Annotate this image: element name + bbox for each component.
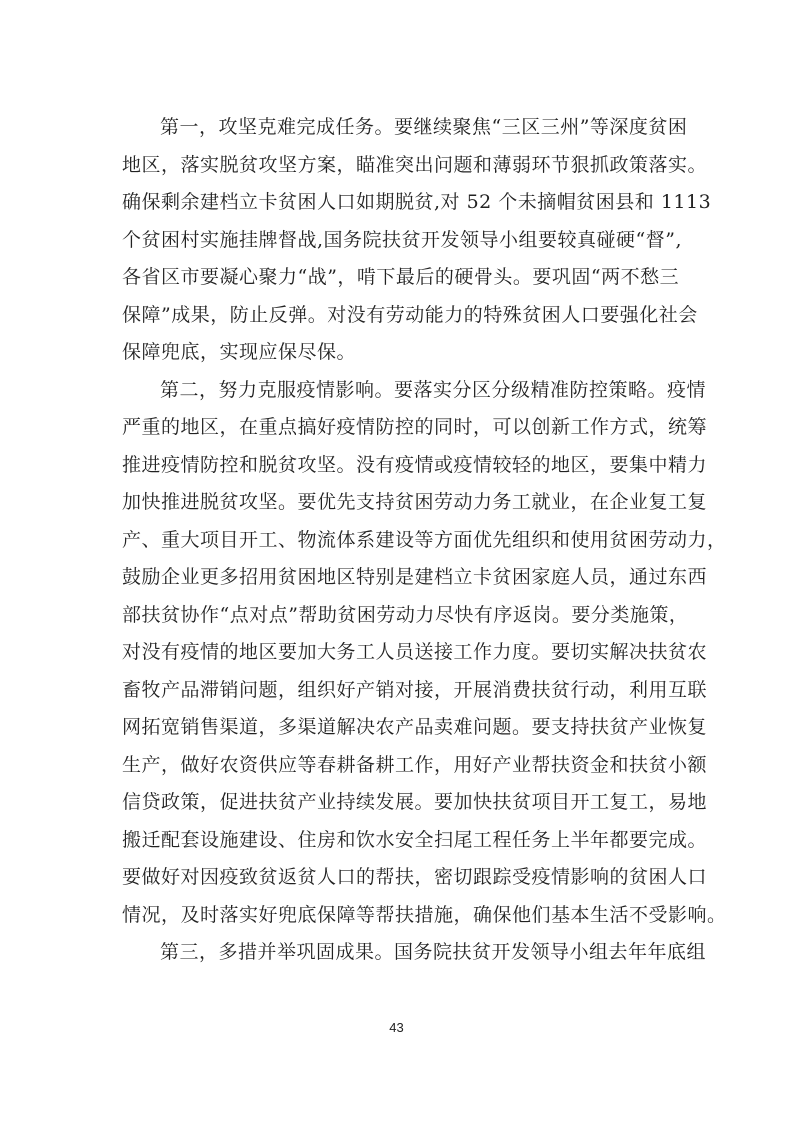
text-line: 保障兜底，实现应保尽保。 — [122, 337, 673, 367]
text-line: 第一，攻坚克难完成任务。要继续聚焦“三区三州”等深度贫困 — [160, 112, 673, 142]
text-line: 加快推进脱贫攻坚。要优先支持贫困劳动力务工就业，在企业复工复 — [122, 487, 673, 517]
text-line: 要做好对因疫致贫返贫人口的帮扶，密切跟踪受疫情影响的贫困人口 — [122, 862, 673, 892]
page-number: 43 — [0, 1020, 793, 1035]
text-line: 网拓宽销售渠道，多渠道解决农产品卖难问题。要支持扶贫产业恢复 — [122, 712, 673, 742]
text-line: 地区，落实脱贫攻坚方案，瞄准突出问题和薄弱环节狠抓政策落实。 — [122, 150, 673, 180]
text-line: 情况，及时落实好兜底保障等帮扶措施，确保他们基本生活不受影响。 — [122, 900, 673, 930]
text-line: 鼓励企业更多招用贫困地区特别是建档立卡贫困家庭人员，通过东西 — [122, 562, 673, 592]
text-line: 第二，努力克服疫情影响。要落实分区分级精准防控策略。疫情 — [160, 375, 673, 405]
text-line: 畜牧产品滞销问题，组织好产销对接，开展消费扶贫行动，利用互联 — [122, 675, 673, 705]
text-line: 第三，多措并举巩固成果。国务院扶贫开发领导小组去年年底组 — [160, 937, 673, 967]
text-line: 信贷政策，促进扶贫产业持续发展。要加快扶贫项目开工复工，易地 — [122, 787, 673, 817]
text-line: 生产，做好农资供应等春耕备耕工作，用好产业帮扶资金和扶贫小额 — [122, 750, 673, 780]
text-line: 产、重大项目开工、物流体系建设等方面优先组织和使用贫困劳动力， — [122, 525, 673, 555]
text-line: 严重的地区，在重点搞好疫情防控的同时，可以创新工作方式，统筹 — [122, 412, 673, 442]
text-line: 确保剩余建档立卡贫困人口如期脱贫,对 52 个未摘帽贫困县和 1113 — [122, 187, 673, 217]
text-line: 各省区市要凝心聚力“战”，啃下最后的硬骨头。要巩固“两不愁三 — [122, 262, 673, 292]
text-line: 个贫困村实施挂牌督战,国务院扶贫开发领导小组要较真碰硬“督”, — [122, 225, 673, 255]
text-line: 搬迁配套设施建设、住房和饮水安全扫尾工程任务上半年都要完成。 — [122, 825, 673, 855]
text-line: 对没有疫情的地区要加大务工人员送接工作力度。要切实解决扶贫农 — [122, 637, 673, 667]
document-page: 第一，攻坚克难完成任务。要继续聚焦“三区三州”等深度贫困 地区，落实脱贫攻坚方案… — [0, 0, 793, 1122]
text-line: 保障”成果，防止反弹。对没有劳动能力的特殊贫困人口要强化社会 — [122, 300, 673, 330]
text-line: 部扶贫协作“点对点”帮助贫困劳动力尽快有序返岗。要分类施策， — [122, 600, 673, 630]
text-line: 推进疫情防控和脱贫攻坚。没有疫情或疫情较轻的地区，要集中精力 — [122, 450, 673, 480]
